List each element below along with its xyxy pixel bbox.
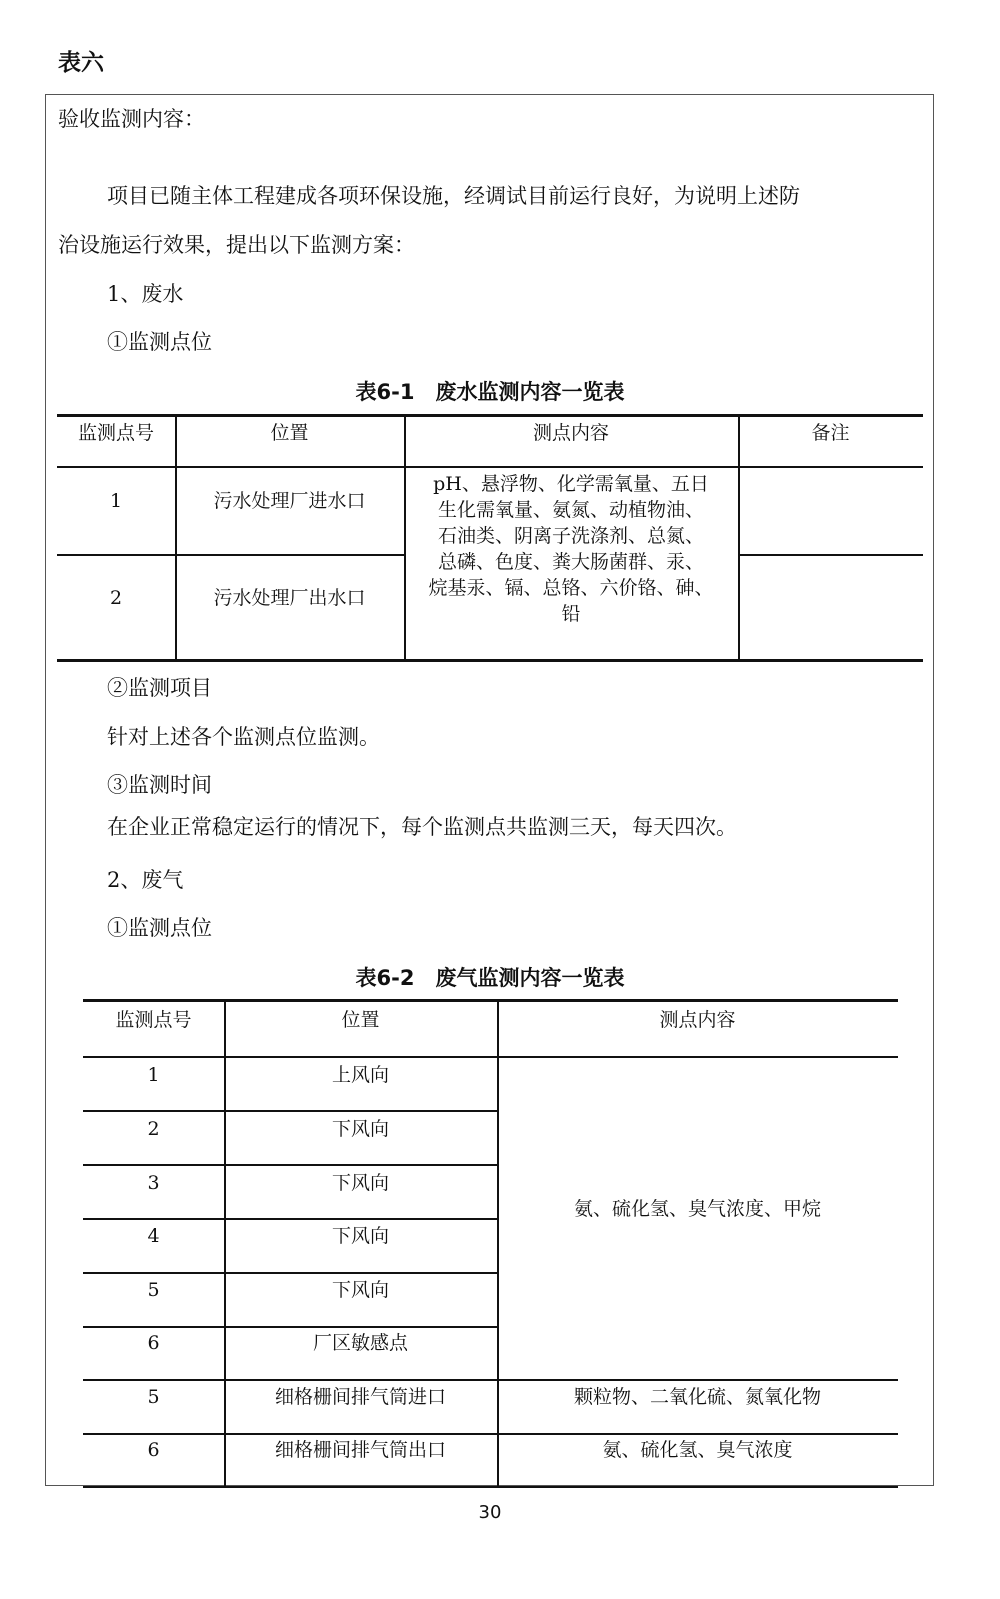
wastewater-points-heading: ①监测点位 — [107, 327, 212, 357]
row-7-location: 细格栅间排气筒进口 — [224, 1384, 497, 1410]
header-point-id: 监测点号 — [83, 1007, 224, 1033]
wastewater-time-heading: ③监测时间 — [107, 770, 212, 800]
row-4-location: 下风向 — [224, 1223, 497, 1249]
page-number: 30 — [0, 1502, 980, 1523]
content-heading: 验收监测内容： — [58, 104, 205, 134]
wastegas-section: 2、废气 — [107, 865, 183, 895]
row-3-location: 下风向 — [224, 1170, 497, 1196]
wastewater-time-text: 在企业正常稳定运行的情况下，每个监测点共监测三天，每天四次。 — [107, 812, 737, 842]
row-1-id: 1 — [83, 1062, 224, 1088]
row-2-id: 2 — [83, 1116, 224, 1142]
intro-line-2: 治设施运行效果，提出以下监测方案： — [58, 230, 415, 260]
row-1-location: 污水处理厂进水口 — [175, 488, 404, 514]
header-content: 测点内容 — [497, 1007, 898, 1033]
row-5-location: 下风向 — [224, 1277, 497, 1303]
header-location: 位置 — [175, 420, 404, 446]
section-title: 表六 — [58, 44, 104, 77]
merged-content-cell: pH、悬浮物、化学需氧量、五日 生化需氧量、氨氮、动植物油、 石油类、阴离子洗涤… — [404, 471, 738, 627]
table-6-1-caption: 表6-1 废水监测内容一览表 — [0, 376, 980, 406]
row-4-id: 4 — [83, 1223, 224, 1249]
row-1-id: 1 — [57, 488, 175, 514]
row-7-id: 5 — [83, 1384, 224, 1410]
wastewater-section: 1、废水 — [107, 279, 183, 309]
row-8-location: 细格栅间排气筒出口 — [224, 1437, 497, 1463]
row-2-id: 2 — [57, 585, 175, 611]
row-7-content: 颗粒物、二氧化硫、氮氧化物 — [497, 1384, 898, 1410]
row-5-id: 5 — [83, 1277, 224, 1303]
header-remark: 备注 — [738, 420, 923, 446]
table-6-2-caption: 表6-2 废气监测内容一览表 — [0, 962, 980, 992]
header-point-id: 监测点号 — [57, 420, 175, 446]
header-content: 测点内容 — [404, 420, 738, 446]
row-2-location: 污水处理厂出水口 — [175, 585, 404, 611]
row-1-location: 上风向 — [224, 1062, 497, 1088]
header-location: 位置 — [224, 1007, 497, 1033]
wastegas-points-heading: ①监测点位 — [107, 913, 212, 943]
row-2-location: 下风向 — [224, 1116, 497, 1142]
row-6-location: 厂区敏感点 — [224, 1330, 497, 1356]
row-6-id: 6 — [83, 1330, 224, 1356]
wastewater-items-text: 针对上述各个监测点位监测。 — [107, 722, 380, 752]
row-3-id: 3 — [83, 1170, 224, 1196]
merged-content-cell: 氨、硫化氢、臭气浓度、甲烷 — [497, 1196, 898, 1222]
intro-line-1: 项目已随主体工程建成各项环保设施，经调试目前运行良好，为说明上述防 — [107, 181, 800, 211]
wastewater-items-heading: ②监测项目 — [107, 673, 212, 703]
row-8-content: 氨、硫化氢、臭气浓度 — [497, 1437, 898, 1463]
row-8-id: 6 — [83, 1437, 224, 1463]
